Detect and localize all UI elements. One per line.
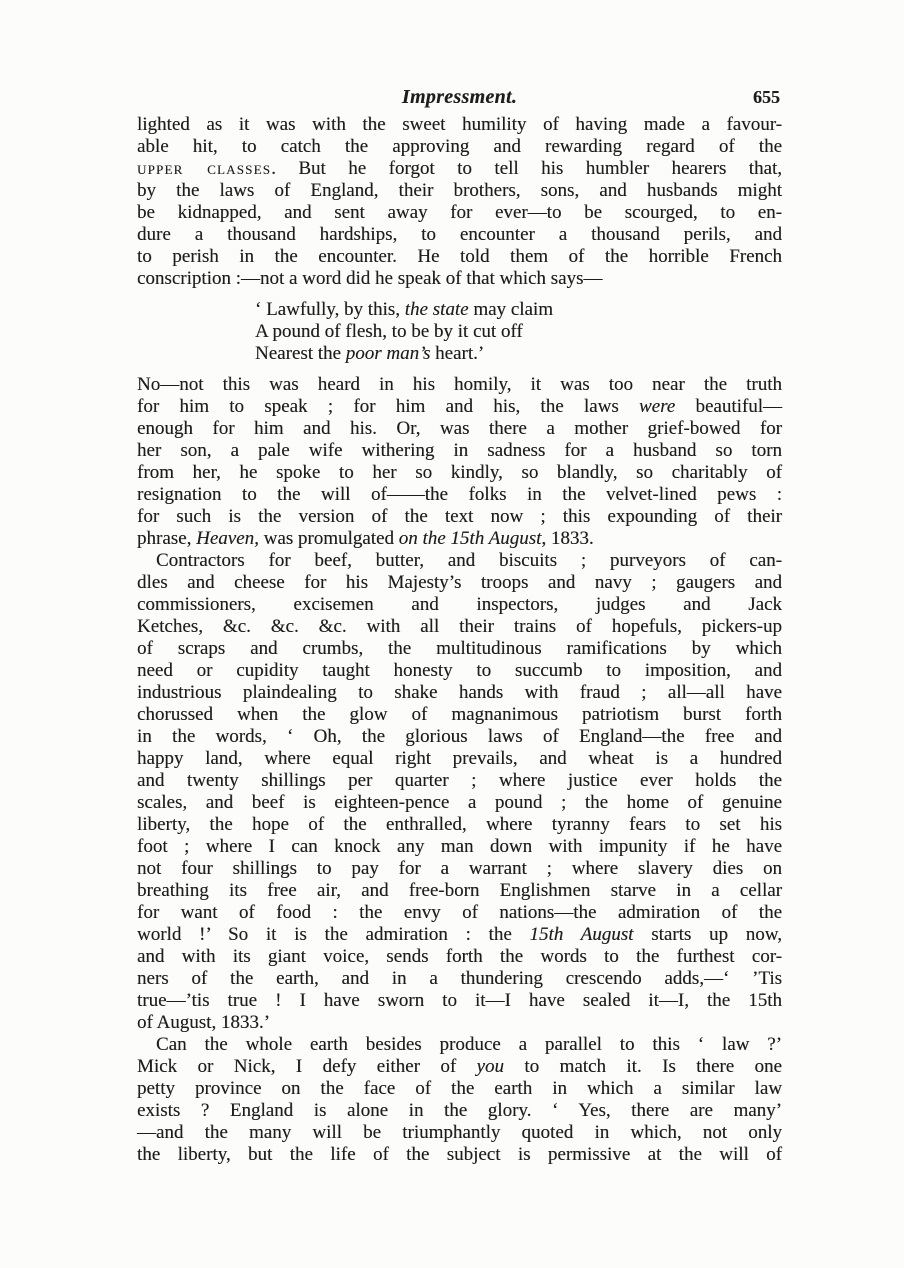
text-line: true—’tis true ! I have sworn to it—I ha… <box>137 990 782 1012</box>
verse-line: ‘ Lawfully, by this, the state may claim <box>255 299 782 321</box>
text-run: commissioners, excisemen and inspectors,… <box>137 594 782 615</box>
text-line: her son, a pale wife withering in sadnes… <box>137 440 782 462</box>
text-line: to perish in the encounter. He told them… <box>137 246 782 268</box>
verse-block: ‘ Lawfully, by this, the state may claim… <box>255 299 782 365</box>
text-run: . But he forgot to tell his humbler hear… <box>271 158 782 179</box>
text-run: of August, 1833.’ <box>137 1012 270 1033</box>
text-line: dure a thousand hardships, to encounter … <box>137 224 782 246</box>
text-run: be kidnapped, and sent away for ever—to … <box>137 202 782 223</box>
text-run: exists ? England is alone in the glory. … <box>137 1100 782 1121</box>
text-run: to match it. Is there one <box>504 1056 782 1077</box>
text-run: to perish in the encounter. He told them… <box>137 246 782 267</box>
text-line: breathing its free air, and free-born En… <box>137 880 782 902</box>
text-line: ners of the earth, and in a thundering c… <box>137 968 782 990</box>
text-run: world !’ So it is the admiration : the <box>137 924 530 945</box>
italic-text: on the 15th August <box>399 528 542 549</box>
text-run: Nearest the <box>255 343 346 364</box>
text-line: lighted as it was with the sweet humilit… <box>137 114 782 136</box>
text-run: ners of the earth, and in a thundering c… <box>137 968 782 989</box>
text-line: able hit, to catch the approving and rew… <box>137 136 782 158</box>
text-run: scales, and beef is eighteen-pence a pou… <box>137 792 782 813</box>
text-line: enough for him and his. Or, was there a … <box>137 418 782 440</box>
text-run: beautiful— <box>675 396 782 417</box>
text-line: phrase, Heaven, was promulgated on the 1… <box>137 528 782 550</box>
scanned-page: Impressment. 655 lighted as it was with … <box>0 0 904 1268</box>
text-run: No—not this was heard in his homily, it … <box>137 374 782 395</box>
text-line: by the laws of England, their brothers, … <box>137 180 782 202</box>
text-run: conscription :—not a word did he speak o… <box>137 268 602 289</box>
text-run: industrious plaindealing to shake hands … <box>137 682 782 703</box>
verse-line: Nearest the poor man’s heart.’ <box>255 343 782 365</box>
text-run: for such is the version of the text now … <box>137 506 782 527</box>
paragraph: lighted as it was with the sweet humilit… <box>137 114 782 290</box>
text-line: foot ; where I can knock any man down wi… <box>137 836 782 858</box>
text-line: and twenty shillings per quarter ; where… <box>137 770 782 792</box>
text-line: petty province on the face of the earth … <box>137 1078 782 1100</box>
text-run: petty province on the face of the earth … <box>137 1078 782 1099</box>
text-run: and with its giant voice, sends forth th… <box>137 946 782 967</box>
paragraph: Can the whole earth besides produce a pa… <box>137 1034 782 1166</box>
text-line: not four shillings to pay for a warrant … <box>137 858 782 880</box>
text-line: —and the many will be triumphantly quote… <box>137 1122 782 1144</box>
text-run: enough for him and his. Or, was there a … <box>137 418 782 439</box>
text-run: need or cupidity taught honesty to succu… <box>137 660 782 681</box>
text-run: Contractors for beef, butter, and biscui… <box>156 550 782 571</box>
text-line: for him to speak ; for him and his, the … <box>137 396 782 418</box>
text-run: of scraps and crumbs, the multitudinous … <box>137 638 782 659</box>
text-line: the liberty, but the life of the subject… <box>137 1144 782 1166</box>
text-run: —and the many will be triumphantly quote… <box>137 1122 782 1143</box>
text-run: not four shillings to pay for a warrant … <box>137 858 782 879</box>
text-run: and twenty shillings per quarter ; where… <box>137 770 782 791</box>
text-run: happy land, where equal right prevails, … <box>137 748 782 769</box>
text-run: resignation to the will of——the folks in… <box>137 484 782 505</box>
text-line: liberty, the hope of the enthralled, whe… <box>137 814 782 836</box>
text-run: for want of food : the envy of nations—t… <box>137 902 782 923</box>
text-line: in the words, ‘ Oh, the glorious laws of… <box>137 726 782 748</box>
text-run: the liberty, but the life of the subject… <box>137 1144 782 1165</box>
text-run: Can the whole earth besides produce a pa… <box>156 1034 782 1055</box>
text-line: and with its giant voice, sends forth th… <box>137 946 782 968</box>
text-line: exists ? England is alone in the glory. … <box>137 1100 782 1122</box>
italic-text: Heaven, <box>196 528 259 549</box>
text-run: in the words, ‘ Oh, the glorious laws of… <box>137 726 782 747</box>
page-body: lighted as it was with the sweet humilit… <box>137 114 782 1166</box>
italic-text: poor man’s <box>346 343 431 364</box>
text-line: commissioners, excisemen and inspectors,… <box>137 594 782 616</box>
italic-text: were <box>639 396 675 417</box>
text-run: her son, a pale wife withering in sadnes… <box>137 440 782 461</box>
text-run: dles and cheese for his Majesty’s troops… <box>137 572 782 593</box>
text-run: breathing its free air, and free-born En… <box>137 880 782 901</box>
text-line: Mick or Nick, I defy either of you to ma… <box>137 1056 782 1078</box>
page-header: Impressment. 655 <box>137 86 782 110</box>
paragraph: No—not this was heard in his homily, it … <box>137 374 782 550</box>
text-run: ‘ Lawfully, by this, <box>255 299 405 320</box>
text-line: scales, and beef is eighteen-pence a pou… <box>137 792 782 814</box>
text-run: from her, he spoke to her so kindly, so … <box>137 462 782 483</box>
text-line: Ketches, &c. &c. &c. with all their trai… <box>137 616 782 638</box>
text-run: by the laws of England, their brothers, … <box>137 180 782 201</box>
italic-text: 15th August <box>530 924 634 945</box>
text-run: A pound of flesh, to be by it cut off <box>255 321 523 342</box>
text-line: for such is the version of the text now … <box>137 506 782 528</box>
text-line: be kidnapped, and sent away for ever—to … <box>137 202 782 224</box>
page-number: 655 <box>753 87 780 108</box>
text-run: phrase, <box>137 528 196 549</box>
italic-text: the state <box>405 299 469 320</box>
text-run: may claim <box>469 299 553 320</box>
text-run: lighted as it was with the sweet humilit… <box>137 114 782 135</box>
smallcaps-text: upper classes <box>137 158 271 179</box>
text-run: foot ; where I can knock any man down wi… <box>137 836 782 857</box>
text-line: resignation to the will of——the folks in… <box>137 484 782 506</box>
text-run: dure a thousand hardships, to encounter … <box>137 224 782 245</box>
text-line: need or cupidity taught honesty to succu… <box>137 660 782 682</box>
text-run: able hit, to catch the approving and rew… <box>137 136 782 157</box>
text-line: Contractors for beef, butter, and biscui… <box>137 550 782 572</box>
text-line: happy land, where equal right prevails, … <box>137 748 782 770</box>
verse-line: A pound of flesh, to be by it cut off <box>255 321 782 343</box>
text-line: from her, he spoke to her so kindly, so … <box>137 462 782 484</box>
text-run: Mick or Nick, I defy either of <box>137 1056 477 1077</box>
text-line: for want of food : the envy of nations—t… <box>137 902 782 924</box>
text-run: , 1833. <box>541 528 593 549</box>
text-line: Can the whole earth besides produce a pa… <box>137 1034 782 1056</box>
text-line: No—not this was heard in his homily, it … <box>137 374 782 396</box>
text-line: upper classes. But he forgot to tell his… <box>137 158 782 180</box>
text-run: Ketches, &c. &c. &c. with all their trai… <box>137 616 782 637</box>
text-line: conscription :—not a word did he speak o… <box>137 268 782 290</box>
running-title: Impressment. <box>137 86 782 109</box>
text-run: starts up now, <box>633 924 782 945</box>
text-line: of August, 1833.’ <box>137 1012 782 1034</box>
text-run: liberty, the hope of the enthralled, whe… <box>137 814 782 835</box>
paragraph: Contractors for beef, butter, and biscui… <box>137 550 782 1034</box>
text-line: chorussed when the glow of magnanimous p… <box>137 704 782 726</box>
text-run: was promulgated <box>259 528 399 549</box>
text-line: industrious plaindealing to shake hands … <box>137 682 782 704</box>
text-run: chorussed when the glow of magnanimous p… <box>137 704 782 725</box>
italic-text: you <box>477 1056 504 1077</box>
text-line: of scraps and crumbs, the multitudinous … <box>137 638 782 660</box>
text-line: dles and cheese for his Majesty’s troops… <box>137 572 782 594</box>
text-line: world !’ So it is the admiration : the 1… <box>137 924 782 946</box>
text-run: for him to speak ; for him and his, the … <box>137 396 639 417</box>
text-run: heart.’ <box>430 343 484 364</box>
text-run: true—’tis true ! I have sworn to it—I ha… <box>137 990 782 1011</box>
